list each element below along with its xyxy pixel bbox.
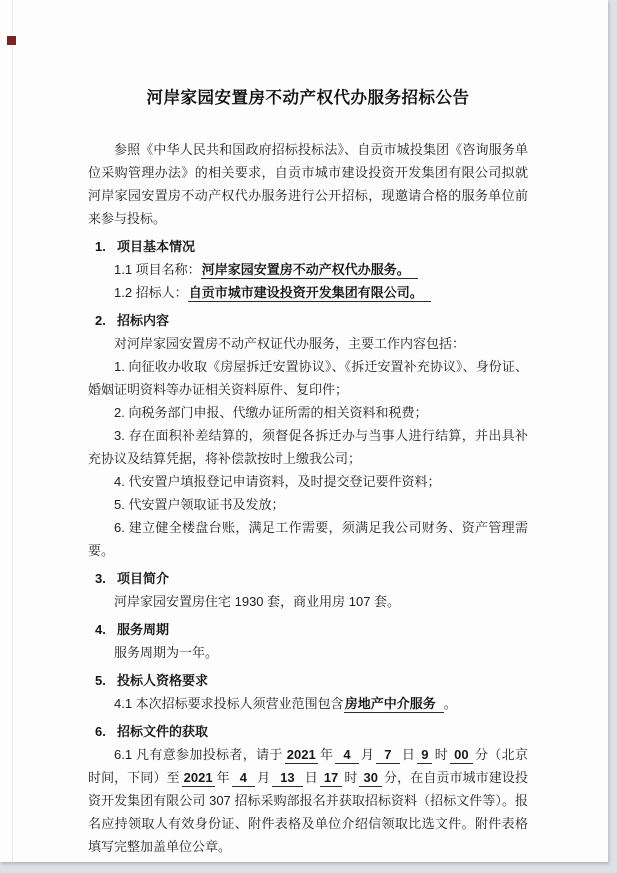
item-1-2: 1.2 招标人：自贡市城市建设投资开发集团有限公司。 <box>88 281 528 304</box>
day-label: 日 <box>402 747 416 762</box>
start-hour-blank: 9 <box>417 747 432 764</box>
hour-label-2: 时 <box>344 770 357 785</box>
month-label-2: 月 <box>257 770 270 785</box>
section-1-heading: 1.项目基本情况 <box>95 235 528 258</box>
work-item-1: 1. 向征收办收取《房屋拆迁安置协议》、《拆迁安置补充协议》、身份证、婚姻证明资… <box>88 355 528 401</box>
section-3-title: 项目简介 <box>117 571 169 586</box>
section-3-number: 3. <box>95 567 117 590</box>
section-4-title: 服务周期 <box>117 622 169 637</box>
item-6-1-lead: 6.1 凡有意参加投标者，请于 <box>114 747 283 762</box>
item-1-2-label: 1.2 招标人： <box>114 285 188 300</box>
start-year-blank: 2021 <box>285 747 318 764</box>
work-item-3: 3. 存在面积补差结算的，须督促各拆迁办与当事人进行结算，并出具补充协议及结算凭… <box>88 424 528 470</box>
page-edge-line <box>12 0 13 862</box>
red-scan-mark <box>7 36 16 45</box>
section-1-title: 项目基本情况 <box>117 239 195 254</box>
section-6-title: 招标文件的获取 <box>117 724 208 739</box>
section-2-intro: 对河岸家园安置房不动产权证代办服务，主要工作内容包括： <box>88 332 528 355</box>
end-month-blank: 4 <box>232 770 255 787</box>
section-2-title: 招标内容 <box>117 313 169 328</box>
end-day-blank: 13 <box>272 770 302 787</box>
document-title: 河岸家园安置房不动产权代办服务招标公告 <box>88 87 528 109</box>
section-3-body: 河岸家园安置房住宅 1930 套，商业用房 107 套。 <box>88 590 528 613</box>
section-3-heading: 3.项目简介 <box>95 567 528 590</box>
section-4-number: 4. <box>95 618 117 641</box>
section-6-heading: 6.招标文件的获取 <box>95 720 528 743</box>
business-scope-value: 房地产中介服务 <box>344 696 444 713</box>
item-1-1-label: 1.1 项目名称： <box>114 262 201 277</box>
section-5-number: 5. <box>95 669 117 692</box>
hour-label: 时 <box>434 747 448 762</box>
section-2-heading: 2.招标内容 <box>95 309 528 332</box>
end-minute-blank: 30 <box>359 770 381 787</box>
work-item-2: 2. 向税务部门申报、代缴办证所需的相关资料和税费； <box>88 401 528 424</box>
start-minute-blank: 00 <box>450 747 472 764</box>
section-2-number: 2. <box>95 309 117 332</box>
work-item-6: 6. 建立健全楼盘台账，满足工作需要，须满足我公司财务、资产管理需要。 <box>88 516 528 562</box>
item-4-1: 4.1 本次招标要求投标人须营业范围包含房地产中介服务。 <box>88 692 528 715</box>
intro-paragraph: 参照《中华人民共和国政府招标投标法》、自贡市城投集团《咨询服务单位采购管理办法》… <box>88 138 528 230</box>
document-content: 河岸家园安置房不动产权代办服务招标公告 参照《中华人民共和国政府招标投标法》、自… <box>88 87 528 858</box>
project-name-value: 河岸家园安置房不动产权代办服务。 <box>201 262 418 279</box>
scanned-paper: 河岸家园安置房不动产权代办服务招标公告 参照《中华人民共和国政府招标投标法》、自… <box>0 0 608 862</box>
start-day-blank: 7 <box>376 747 399 764</box>
section-6-number: 6. <box>95 720 117 743</box>
section-4-heading: 4.服务周期 <box>95 618 528 641</box>
work-item-5: 5. 代安置户领取证书及发放； <box>88 493 528 516</box>
day-label-2: 日 <box>305 770 318 785</box>
section-1-number: 1. <box>95 235 117 258</box>
tenderee-value: 自贡市城市建设投资开发集团有限公司。 <box>188 285 431 302</box>
month-label: 月 <box>361 747 375 762</box>
year-label: 年 <box>320 747 334 762</box>
year-label-2: 年 <box>217 770 230 785</box>
work-item-4: 4. 代安置户填报登记申请资料，及时提交登记要件资料； <box>88 470 528 493</box>
item-6-1: 6.1 凡有意参加投标者，请于2021年4月7日9时00分（北京时间，下同）至2… <box>88 743 528 858</box>
section-4-body: 服务周期为一年。 <box>88 641 528 664</box>
start-month-blank: 4 <box>335 747 358 764</box>
section-5-title: 投标人资格要求 <box>117 673 208 688</box>
end-hour-blank: 17 <box>320 770 342 787</box>
item-4-1-period: 。 <box>444 696 457 711</box>
item-1-1: 1.1 项目名称：河岸家园安置房不动产权代办服务。 <box>88 258 528 281</box>
item-4-1-text: 4.1 本次招标要求投标人须营业范围包含 <box>114 696 344 711</box>
section-5-heading: 5.投标人资格要求 <box>95 669 528 692</box>
end-year-blank: 2021 <box>182 770 215 787</box>
